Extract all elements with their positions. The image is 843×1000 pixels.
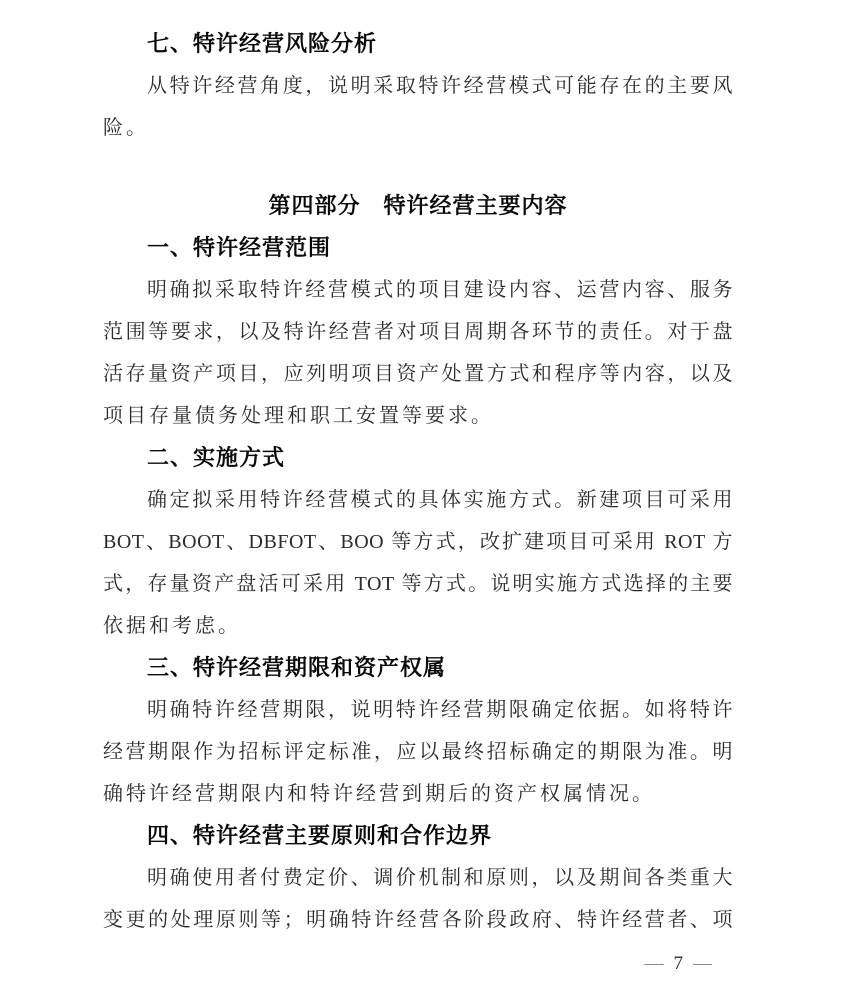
document-page: 七、特许经营风险分析从特许经营角度，说明采取特许经营模式可能存在的主要风险。第四… (0, 0, 843, 1000)
text-line: 明确特许经营期限，说明特许经营期限确定依据。如将特许 (103, 689, 733, 731)
text-line: 范围等要求，以及特许经营者对项目周期各环节的责任。对于盘 (103, 311, 733, 353)
section-heading: 二、实施方式 (103, 437, 733, 479)
text-line: 确特许经营期限内和特许经营到期后的资产权属情况。 (103, 773, 733, 815)
page-number-dash-left: — (645, 953, 664, 974)
paragraph: 从特许经营角度，说明采取特许经营模式可能存在的主要风险。 (103, 65, 733, 149)
section-heading: 七、特许经营风险分析 (103, 23, 733, 65)
text-line: 险。 (103, 107, 733, 149)
page-number-value: 7 (674, 953, 684, 974)
paragraph: 明确使用者付费定价、调价机制和原则，以及期间各类重大变更的处理原则等；明确特许经… (103, 857, 733, 941)
document-content: 七、特许经营风险分析从特许经营角度，说明采取特许经营模式可能存在的主要风险。第四… (0, 0, 843, 941)
text-line: 依据和考虑。 (103, 605, 733, 647)
part-title: 第四部分 特许经营主要内容 (103, 185, 733, 227)
text-line: 项目存量债务处理和职工安置等要求。 (103, 395, 733, 437)
paragraph: 确定拟采用特许经营模式的具体实施方式。新建项目可采用BOT、BOOT、DBFOT… (103, 479, 733, 647)
text-line: 明确使用者付费定价、调价机制和原则，以及期间各类重大 (103, 857, 733, 899)
text-line: 明确拟采取特许经营模式的项目建设内容、运营内容、服务 (103, 269, 733, 311)
section-heading: 一、特许经营范围 (103, 227, 733, 269)
text-line: 活存量资产项目，应列明项目资产处置方式和程序等内容，以及 (103, 353, 733, 395)
text-line: 变更的处理原则等；明确特许经营各阶段政府、特许经营者、项 (103, 899, 733, 941)
text-line: 从特许经营角度，说明采取特许经营模式可能存在的主要风 (103, 65, 733, 107)
text-line: 确定拟采用特许经营模式的具体实施方式。新建项目可采用 (103, 479, 733, 521)
paragraph: 明确拟采取特许经营模式的项目建设内容、运营内容、服务范围等要求，以及特许经营者对… (103, 269, 733, 437)
section-heading: 四、特许经营主要原则和合作边界 (103, 815, 733, 857)
section-heading: 三、特许经营期限和资产权属 (103, 647, 733, 689)
text-line: 经营期限作为招标评定标准，应以最终招标确定的期限为准。明 (103, 731, 733, 773)
text-line: BOT、BOOT、DBFOT、BOO 等方式，改扩建项目可采用 ROT 方 (103, 521, 733, 563)
paragraph: 明确特许经营期限，说明特许经营期限确定依据。如将特许经营期限作为招标评定标准，应… (103, 689, 733, 815)
page-number: —7— (0, 943, 843, 985)
page-number-dash-right: — (693, 953, 712, 974)
text-line: 式，存量资产盘活可采用 TOT 等方式。说明实施方式选择的主要 (103, 563, 733, 605)
